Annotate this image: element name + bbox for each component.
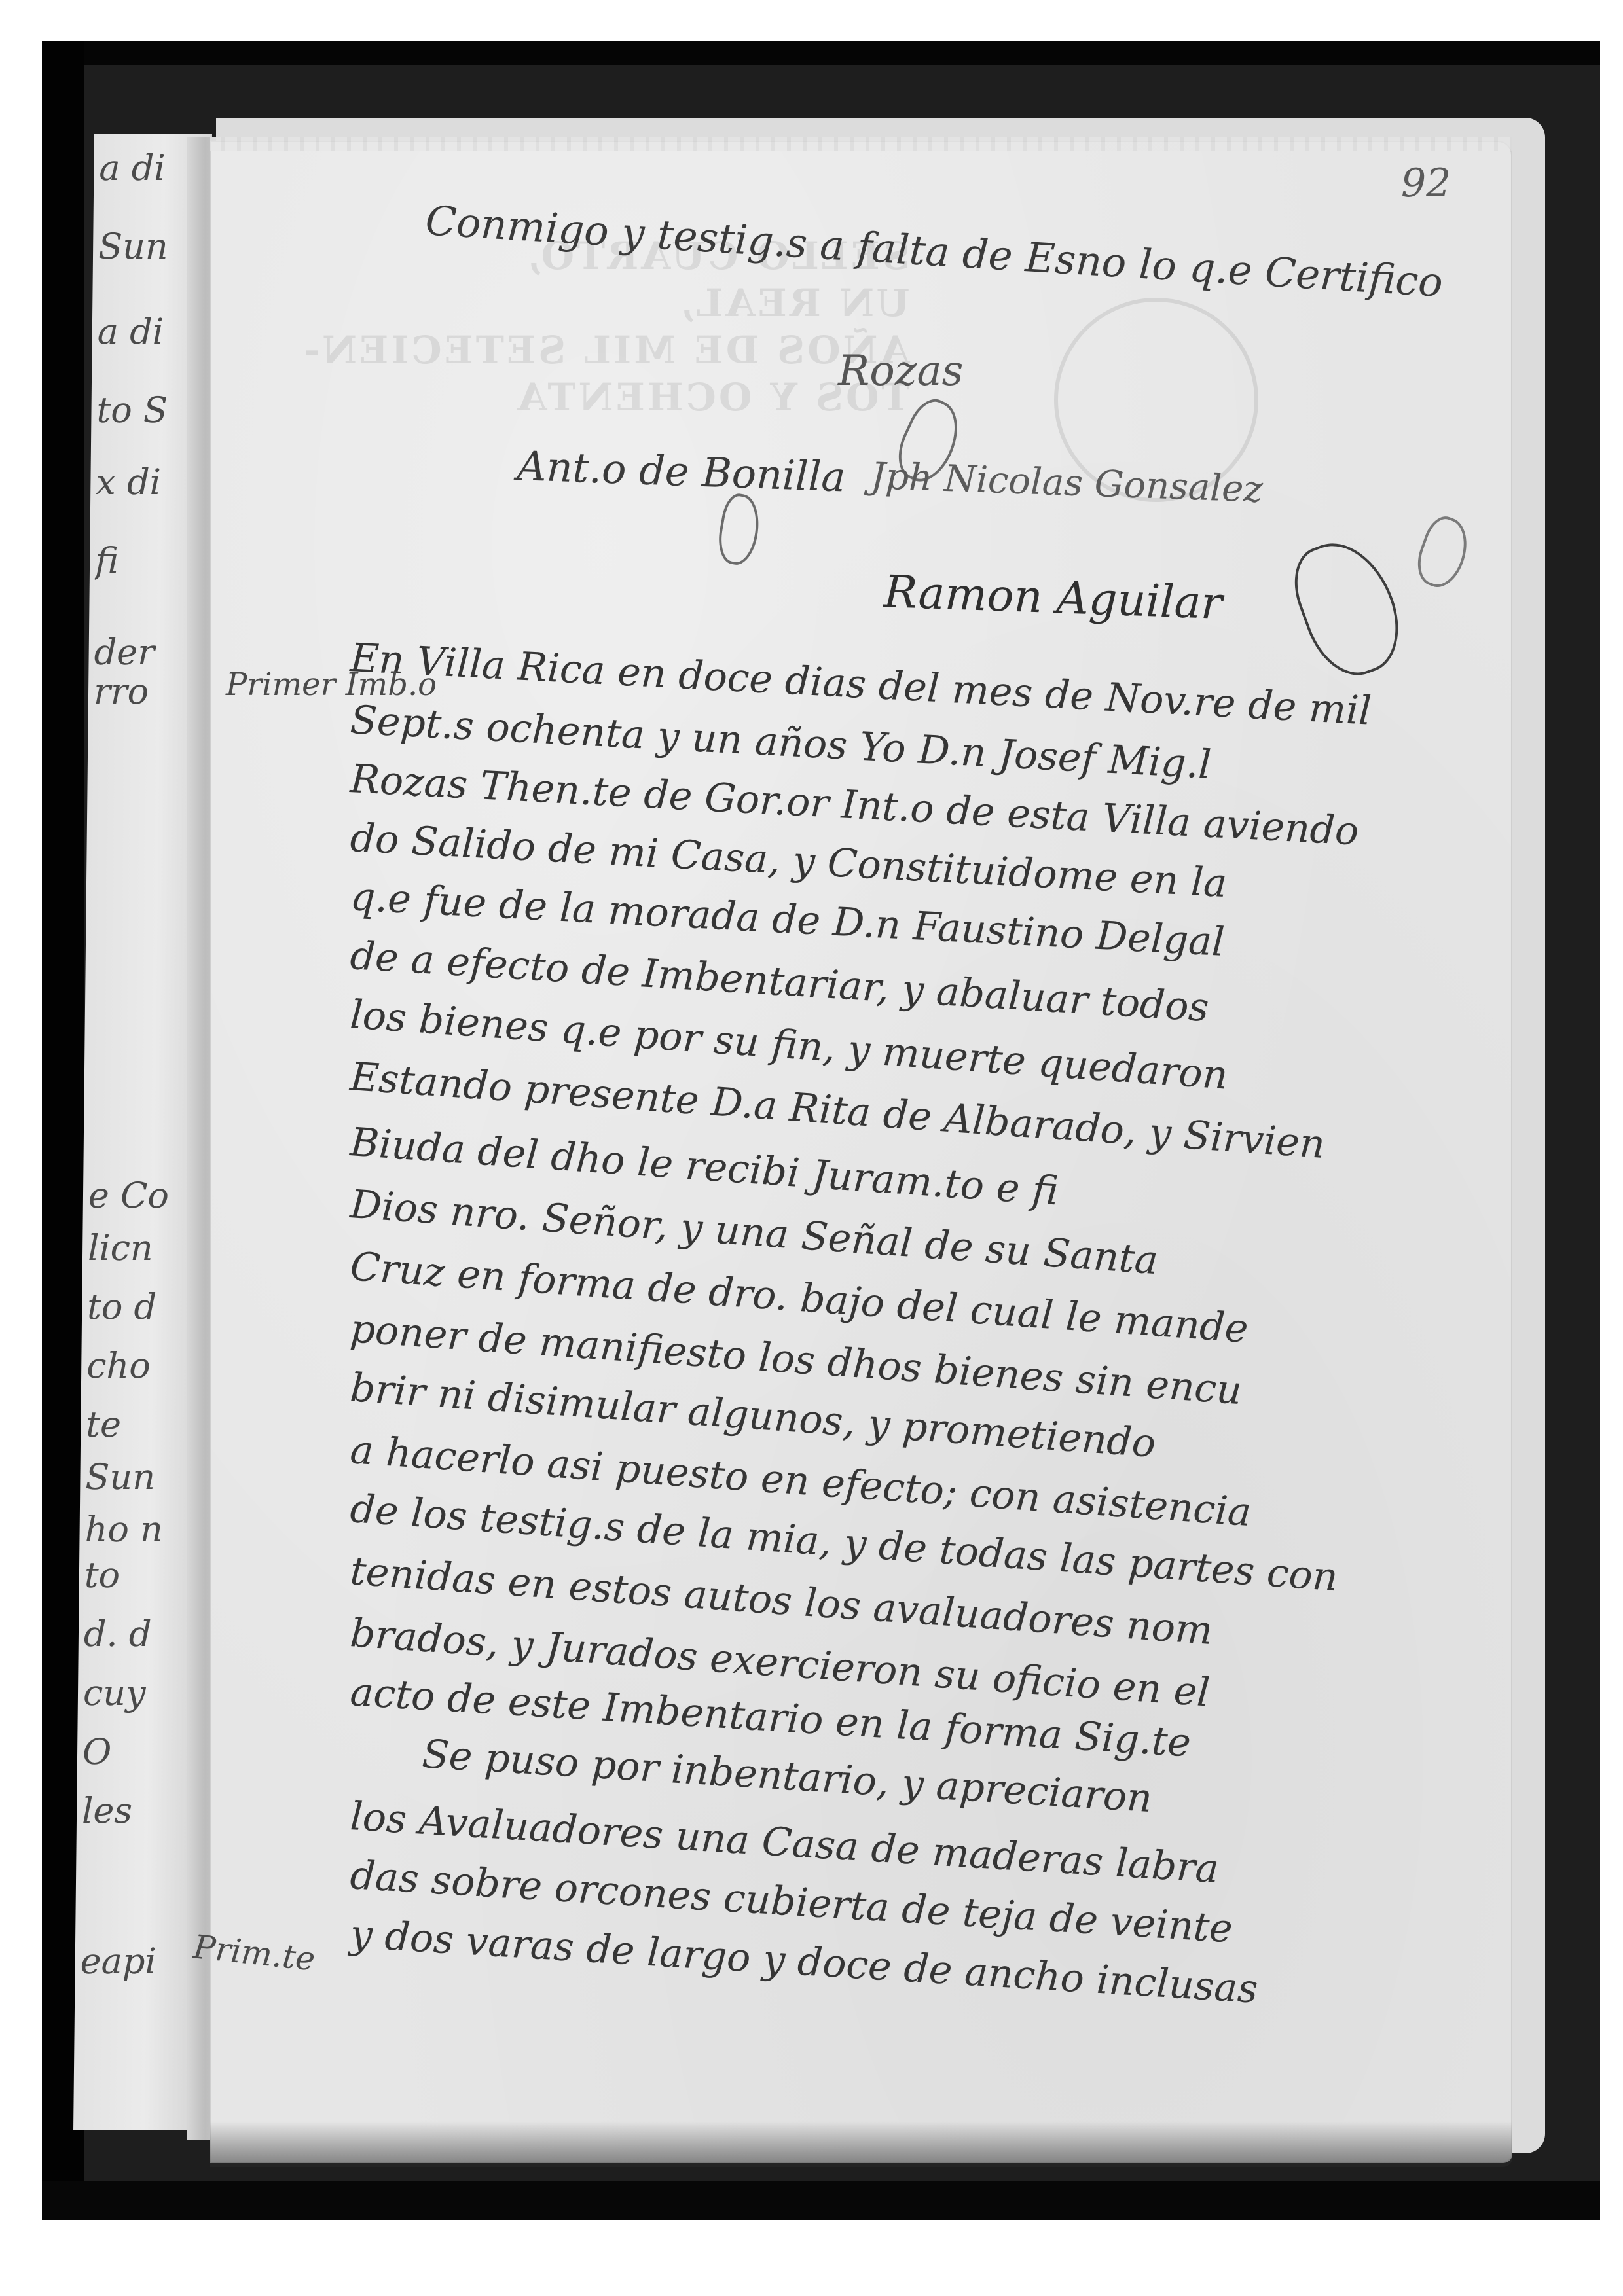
scan-edge-bottom [42, 2181, 1600, 2220]
facing-page-fragment: to d [87, 1286, 199, 1327]
facing-page-fragment: les [82, 1790, 194, 1831]
torn-top-edge [210, 137, 1512, 151]
watermark-line: TOS Y OCHENTA [301, 374, 910, 421]
watermark-line: AÑOS DE MIL SETECIEN- [301, 327, 910, 374]
facing-page-fragment: cuy [83, 1672, 195, 1713]
margin-note-primer-inventario: Primer Imb.o [226, 666, 437, 703]
signature-flourish-icon [714, 492, 764, 567]
signature-rozas: Rozas [838, 347, 963, 395]
facing-page-fragment: Sun [85, 1456, 197, 1498]
water-stain-bottom [210, 2121, 1512, 2167]
signature-flourish-icon [1283, 529, 1414, 688]
facing-page-fragment: O [82, 1731, 194, 1772]
signature-flourish-icon [1410, 512, 1476, 594]
facing-page-fragment: to [84, 1554, 196, 1596]
facing-page-fragment: licn [88, 1227, 200, 1268]
facing-page-fragment: d. d [84, 1613, 196, 1655]
facing-page-fragment: eapi [80, 1941, 192, 1982]
manuscript-page: SELLO CUARTO, UN REAL, AÑOS DE MIL SETEC… [210, 141, 1512, 2163]
facing-page-fragment: ho n [84, 1509, 196, 1550]
facing-page-fragment: cho [86, 1345, 198, 1386]
facing-page-fragment: te [86, 1404, 198, 1445]
signature-aguilar: Ramon Aguilar [883, 566, 1224, 630]
scan-edge-top [42, 41, 1600, 65]
folio-number: 92 [1401, 160, 1451, 206]
watermark-line: UN REAL, [301, 279, 910, 327]
signature-bonilla: Ant.o de Bonilla [517, 442, 847, 501]
facing-page-fragment: e Co [88, 1175, 200, 1216]
